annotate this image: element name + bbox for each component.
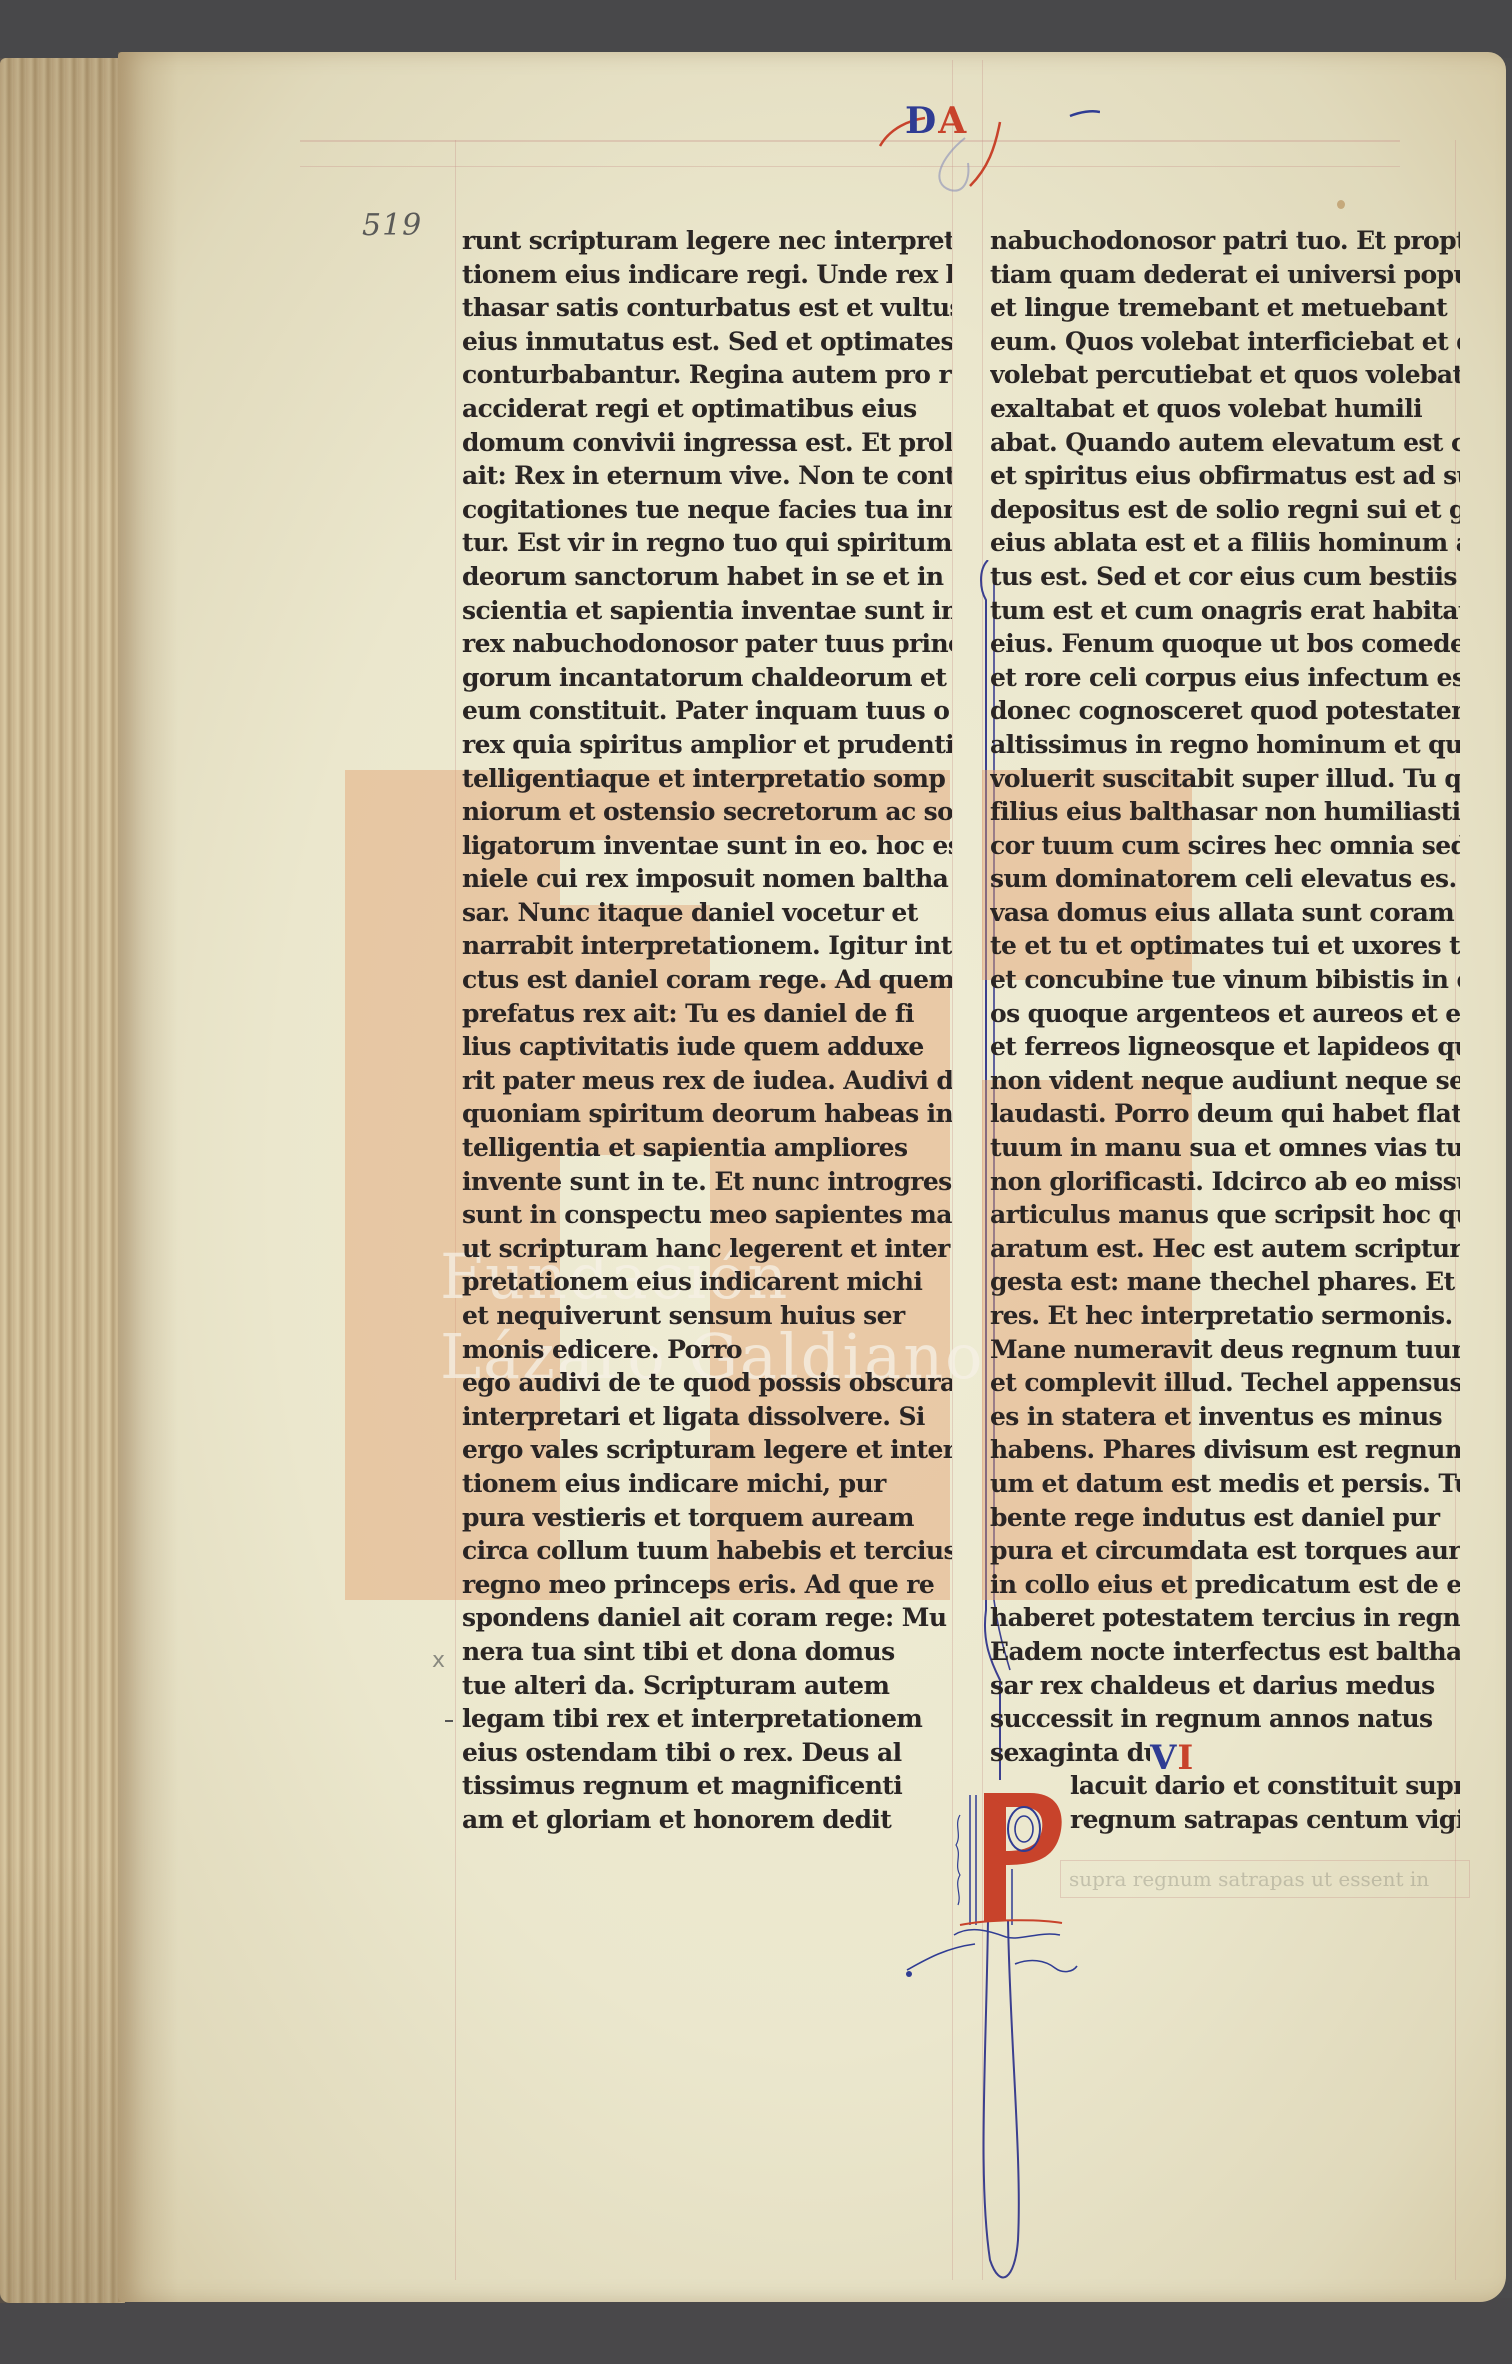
text-line: bente rege indutus est daniel pur (990, 1501, 1460, 1535)
text-line: tionem eius indicare michi, pur (462, 1467, 952, 1501)
ruling-header (300, 166, 1400, 167)
text-line: telligentia et sapientia ampliores (462, 1131, 952, 1165)
text-line: et concubine tue vinum bibistis in eis. … (990, 963, 1460, 997)
text-line: tuum in manu sua et omnes vias tuas (990, 1131, 1460, 1165)
text-line: depositus est de solio regni sui et glor… (990, 493, 1460, 527)
text-line: sunt in conspectu meo sapientes magi (462, 1198, 952, 1232)
text-line: non glorificasti. Idcirco ab eo missus e… (990, 1165, 1460, 1199)
text-line: filius eius balthasar non humiliasti (990, 795, 1460, 829)
initial-flourish-icon (905, 1930, 1085, 1990)
running-header-d: D (905, 100, 938, 142)
text-line: res. Et hec interpretatio sermonis. (990, 1299, 1460, 1333)
dark-backdrop-top (0, 0, 1512, 58)
chapter-i: I (1177, 1738, 1194, 1778)
text-line: interpretari et ligata dissolvere. Si (462, 1400, 952, 1434)
text-line: um et datum est medis et persis. Tunc iu (990, 1467, 1460, 1501)
text-line: vasa domus eius allata sunt coram (990, 896, 1460, 930)
text-line: te et tu et optimates tui et uxores tue (990, 929, 1460, 963)
text-line: conturbabantur. Regina autem pro re que (462, 358, 952, 392)
text-line: telligentiaque et interpretatio somp (462, 762, 952, 796)
text-line: ligatorum inventae sunt in eo. hoc est i… (462, 829, 952, 863)
text-line: es in statera et inventus es minus (990, 1400, 1460, 1434)
chapter-number: VI (1150, 1738, 1194, 1778)
text-line: prefatus rex ait: Tu es daniel de fi (462, 997, 952, 1031)
faded-rubric: supra regnum satrapas ut essent in (1060, 1860, 1470, 1898)
text-line: aratum est. Hec est autem scriptura que … (990, 1232, 1460, 1266)
text-line: domum convivii ingressa est. Et proloque… (462, 426, 952, 460)
text-line: monis edicere. Porro (462, 1333, 952, 1367)
text-line: donec cognosceret quod potestatem habet (990, 694, 1460, 728)
text-line: Mane numeravit deus regnum tuum (990, 1333, 1460, 1367)
text-line: rit pater meus rex de iudea. Audivi de t… (462, 1064, 952, 1098)
text-line: spondens daniel ait coram rege: Mu (462, 1601, 952, 1635)
text-line: eius ostendam tibi o rex. Deus al (462, 1736, 952, 1770)
ruling-left-column-left (455, 140, 456, 2280)
text-line: cor tuum cum scires hec omnia sed adver (990, 829, 1460, 863)
text-line: laudasti. Porro deum qui habet flatum (990, 1097, 1460, 1131)
text-line: abat. Quando autem elevatum est cor eius (990, 426, 1460, 460)
text-line: lius captivitatis iude quem adduxe (462, 1030, 952, 1064)
text-line: tissimus regnum et magnificenti (462, 1769, 952, 1803)
text-line: et lingue tremebant et metuebant (990, 291, 1460, 325)
text-line: tiam quam dederat ei universi populi tri… (990, 258, 1460, 292)
text-line: et spiritus eius obfirmatus est ad super… (990, 459, 1460, 493)
text-line: nabuchodonosor patri tuo. Et propter mag… (990, 224, 1460, 258)
text-line: deorum sanctorum habet in se et in diebu… (462, 560, 952, 594)
text-line: successit in regnum annos natus (990, 1702, 1460, 1736)
text-line: sum dominatorem celi elevatus es. Et (990, 862, 1460, 896)
ruling-top (300, 140, 1400, 142)
text-line: ego audivi de te quod possis obscura (462, 1366, 952, 1400)
text-line: pura vestieris et torquem auream (462, 1501, 952, 1535)
text-line: Eadem nocte interfectus est baltha (990, 1635, 1460, 1669)
text-line: et nequiverunt sensum huius ser (462, 1299, 952, 1333)
text-column-right: nabuchodonosor patri tuo. Et propter mag… (990, 224, 1460, 1837)
text-line: os quoque argenteos et aureos et ereos (990, 997, 1460, 1031)
text-line: habens. Phares divisum est regnum tu (990, 1433, 1460, 1467)
text-line: pretationem eius indicarent michi (462, 1265, 952, 1299)
illuminated-initial-p-icon (950, 1785, 1070, 1945)
marginal-dash-mark (445, 1720, 453, 1722)
running-header: DA (905, 100, 968, 142)
text-line: eum constituit. Pater inquam tuus o (462, 694, 952, 728)
text-line: eius. Fenum quoque ut bos comedebat (990, 627, 1460, 661)
chapter-v: V (1150, 1738, 1177, 1778)
text-line: rex quia spiritus amplior et prudentia i… (462, 728, 952, 762)
text-line: sexaginta duos. (990, 1736, 1150, 1770)
text-line: am et gloriam et honorem dedit (462, 1803, 952, 1837)
text-line: thasar satis conturbatus est et vultus (462, 291, 952, 325)
text-line: eius ablata est et a filiis hominum abie… (990, 526, 1460, 560)
text-line: altissimus in regno hominum et quemcumqu… (990, 728, 1460, 762)
text-line: scientia et sapientia inventae sunt in e… (462, 594, 952, 628)
text-line: pura et circumdata est torques aurea (990, 1534, 1460, 1568)
text-line: tum est et cum onagris erat habitatio (990, 594, 1460, 628)
page-number: 519 (362, 208, 422, 243)
text-line: sar rex chaldeus et darius medus (990, 1669, 1460, 1703)
text-line: invente sunt in te. Et nunc introgressi (462, 1165, 952, 1199)
text-line: narrabit interpretationem. Igitur introd… (462, 929, 952, 963)
marginal-x-mark: x (432, 1648, 445, 1673)
text-line: ait: Rex in eternum vive. Non te conturb… (462, 459, 952, 493)
text-line: rex nabuchodonosor pater tuus principem … (462, 627, 952, 661)
text-line: gesta est: mane thechel phares. Et (990, 1265, 1460, 1299)
text-line: runt scripturam legere nec interpreta (462, 224, 952, 258)
text-line: articulus manus que scripsit hoc quod ex (990, 1198, 1460, 1232)
text-line: ut scripturam hanc legerent et inter (462, 1232, 952, 1266)
text-line: niele cui rex imposuit nomen baltha (462, 862, 952, 896)
text-line: niorum et ostensio secretorum ac solutio (462, 795, 952, 829)
text-line: gorum incantatorum chaldeorum et aruspic… (462, 661, 952, 695)
text-line: et ferreos ligneosque et lapideos qui (990, 1030, 1460, 1064)
text-line: eum. Quos volebat interficiebat et quos (990, 325, 1460, 359)
text-line: nera tua sint tibi et dona domus (462, 1635, 952, 1669)
text-line: sar. Nunc itaque daniel vocetur et (462, 896, 952, 930)
stain (1337, 200, 1345, 209)
text-line: tue alteri da. Scripturam autem (462, 1669, 952, 1703)
dark-backdrop-bottom (0, 2298, 1512, 2364)
running-header-a: A (938, 100, 968, 142)
text-line: haberet potestatem tercius in regno suo. (990, 1601, 1460, 1635)
text-line: et complevit illud. Techel appensus (990, 1366, 1460, 1400)
text-line: tur. Est vir in regno tuo qui spiritum (462, 526, 952, 560)
text-line: regno meo princeps eris. Ad que re (462, 1568, 952, 1602)
text-line: et rore celi corpus eius infectum est (990, 661, 1460, 695)
text-line: volebat percutiebat et quos volebat (990, 358, 1460, 392)
text-line: legam tibi rex et interpretationem (462, 1702, 952, 1736)
text-line: in collo eius et predicatum est de eo qu… (990, 1568, 1460, 1602)
text-line: eius inmutatus est. Sed et optimates eiu… (462, 325, 952, 359)
text-line: exaltabat et quos volebat humili (990, 392, 1460, 426)
text-line: non vident neque audiunt neque sentiunt (990, 1064, 1460, 1098)
text-line: tus est. Sed et cor eius cum bestiis pos… (990, 560, 1460, 594)
text-line: ctus est daniel coram rege. Ad quem (462, 963, 952, 997)
text-line: voluerit suscitabit super illud. Tu quoq… (990, 762, 1460, 796)
text-line: ergo vales scripturam legere et interpre… (462, 1433, 952, 1467)
text-line: acciderat regi et optimatibus eius (462, 392, 952, 426)
text-line: quoniam spiritum deorum habeas in te et … (462, 1097, 952, 1131)
text-line: circa collum tuum habebis et tercius in (462, 1534, 952, 1568)
gutter-shadow (118, 52, 178, 2302)
text-line: cogitationes tue neque facies tua inmute (462, 493, 952, 527)
text-line: tionem eius indicare regi. Unde rex bal (462, 258, 952, 292)
text-column-left: runt scripturam legere nec interpreta ti… (462, 224, 952, 1837)
fore-edge-shade (0, 58, 125, 2303)
